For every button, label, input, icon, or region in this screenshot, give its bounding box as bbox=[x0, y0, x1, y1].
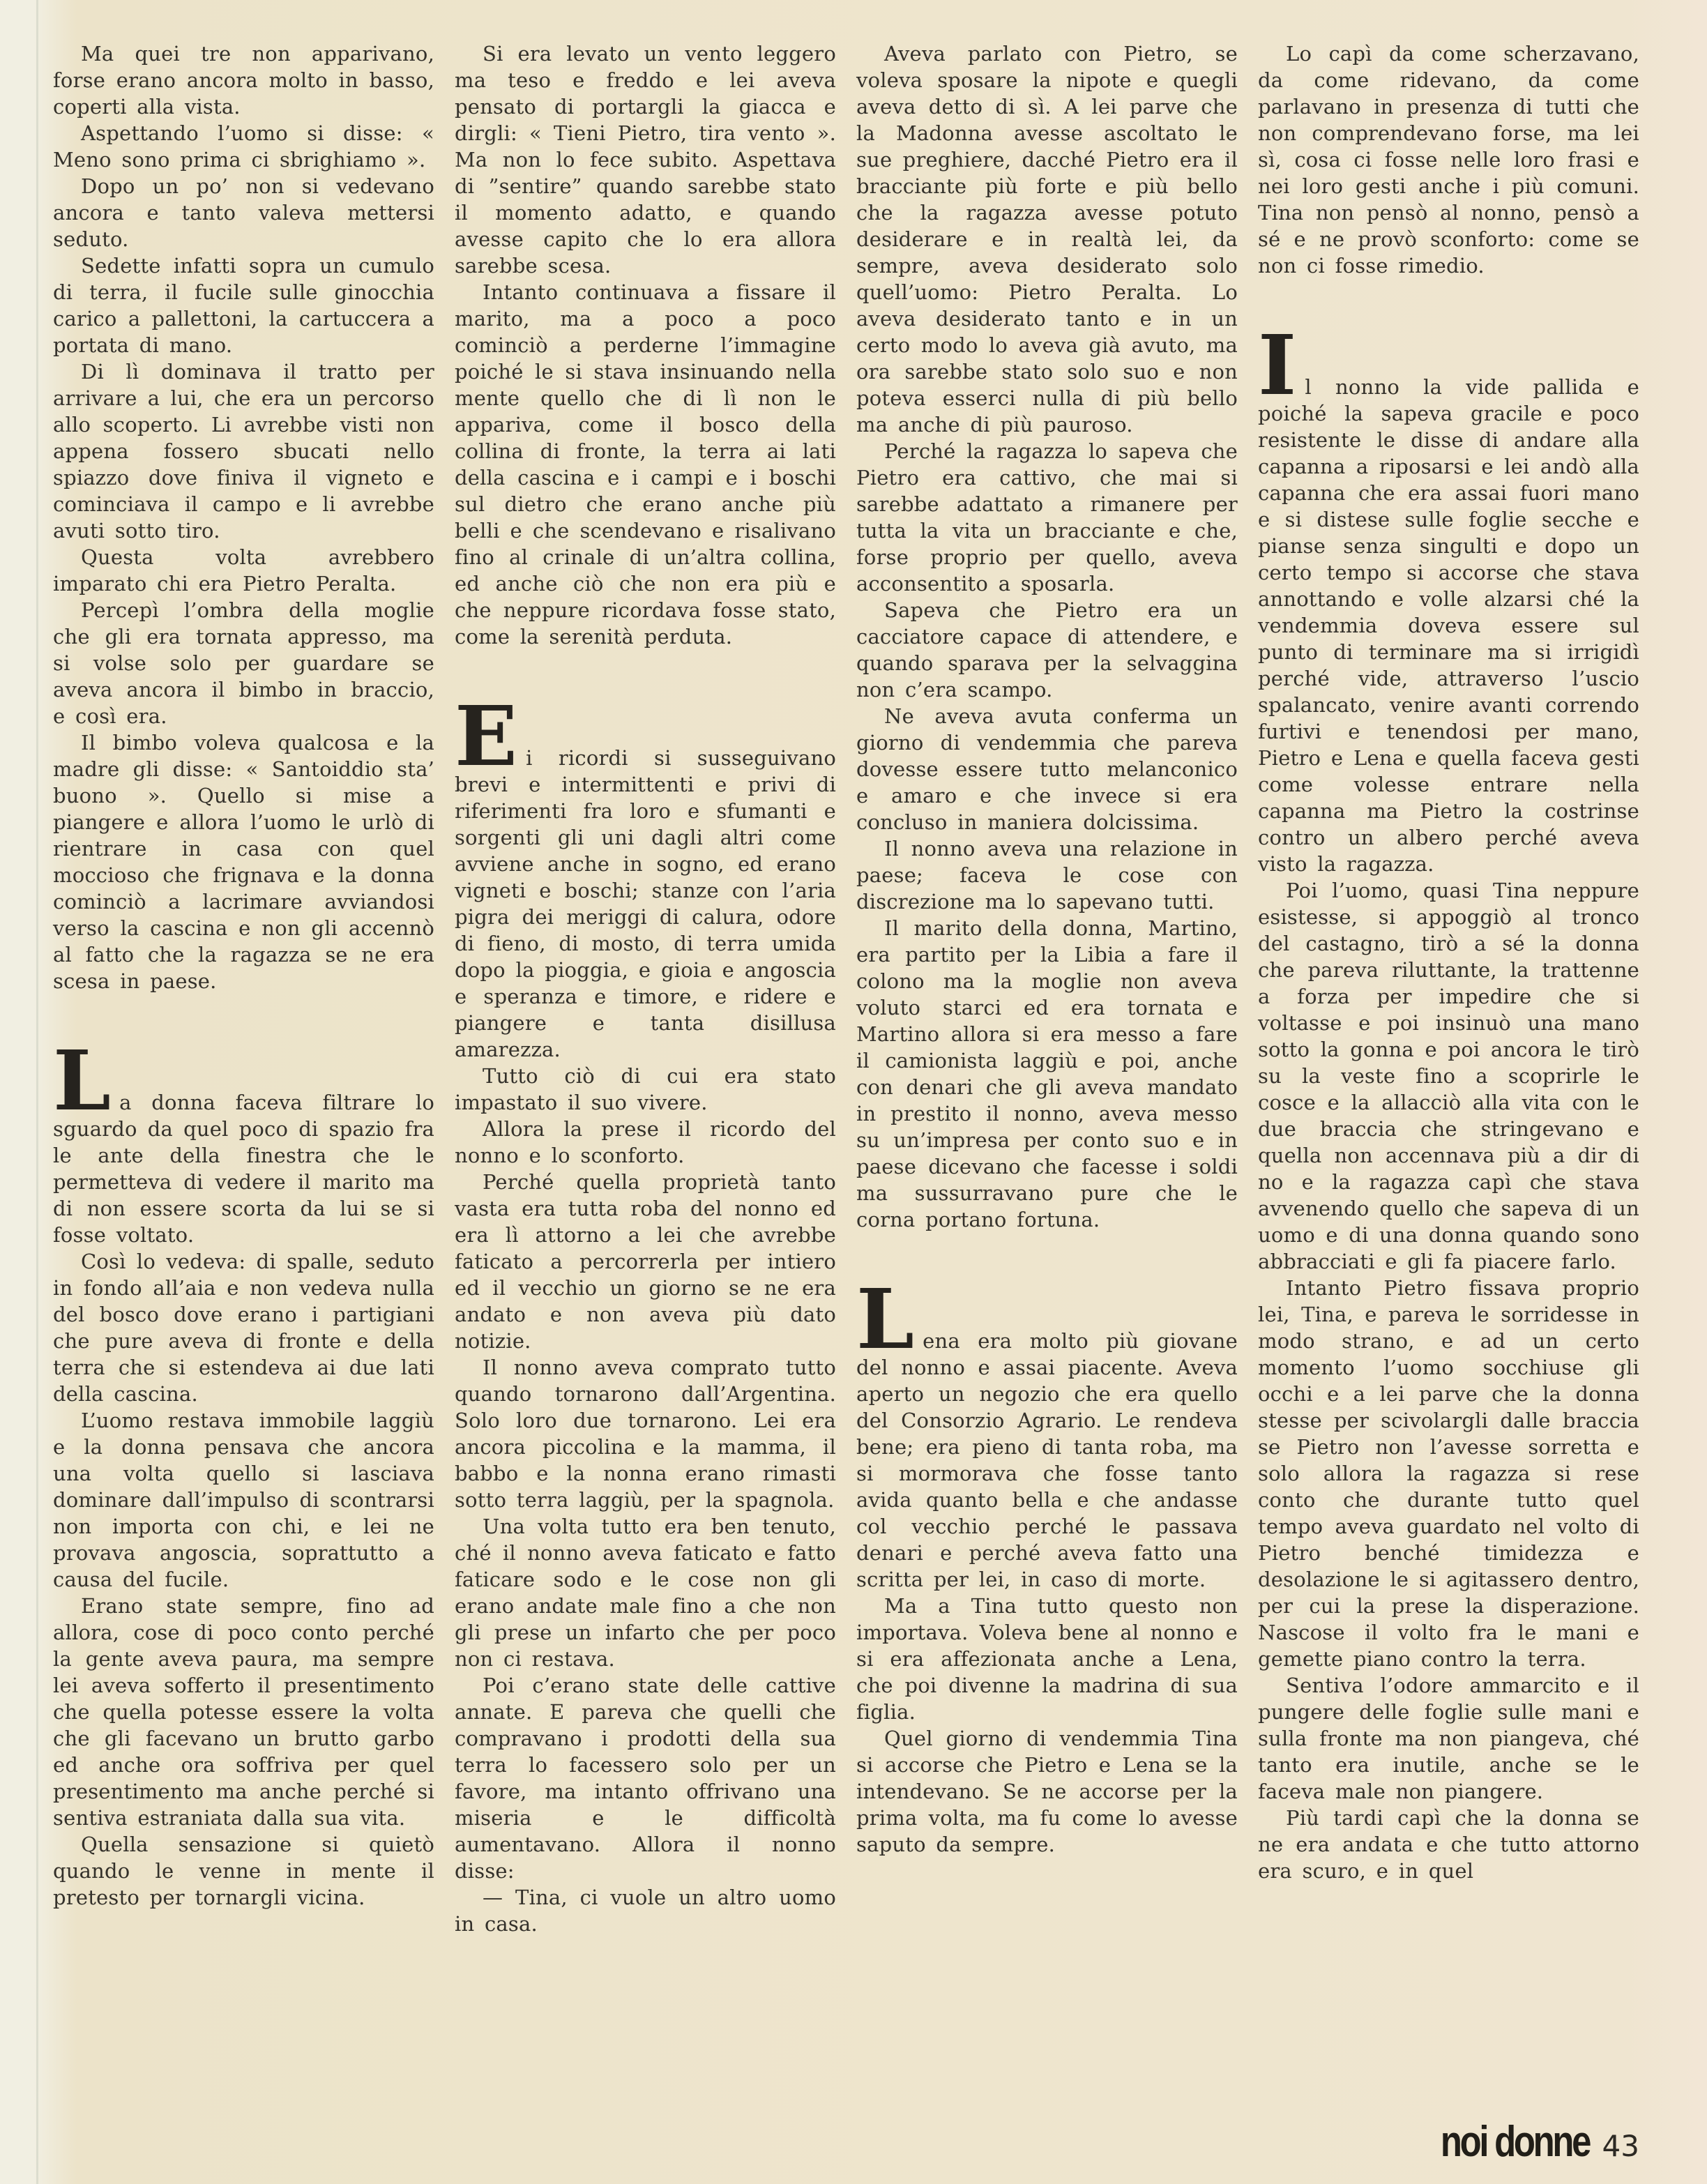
magazine-page: Ma quei tre non apparivano, forse erano … bbox=[0, 0, 1707, 2184]
initial-cap-letter: I bbox=[1258, 352, 1296, 379]
page-number: 43 bbox=[1602, 2129, 1639, 2163]
initial-cap-section: Lena era molto più giovane del nonno e a… bbox=[856, 1328, 1238, 1858]
paragraph: Sapeva che Pietro era un cacciatore capa… bbox=[856, 597, 1238, 703]
initial-cap-letter: L bbox=[856, 1306, 914, 1333]
paragraph: Perché la ragazza lo sapeva che Pietro e… bbox=[856, 438, 1238, 597]
text-section: Ma quei tre non apparivano, forse erano … bbox=[53, 40, 434, 994]
paragraph: Percepì l’ombra della moglie che gli era… bbox=[53, 597, 434, 729]
paragraph: Aveva parlato con Pietro, se voleva spos… bbox=[856, 40, 1238, 438]
paragraph: Intanto Pietro fissava proprio lei, Tina… bbox=[1258, 1275, 1639, 1672]
paragraph: Allora la prese il ricordo del nonno e l… bbox=[455, 1116, 836, 1169]
paragraph: Perché quella proprietà tanto vasta era … bbox=[455, 1169, 836, 1354]
paragraph: Quella sensazione si quietò quando le ve… bbox=[53, 1831, 434, 1911]
paragraph: Il nonno aveva comprato tutto quando tor… bbox=[455, 1354, 836, 1513]
text-column: Ma quei tre non apparivano, forse erano … bbox=[53, 0, 434, 1911]
paragraph: Il marito della donna, Martino, era part… bbox=[856, 915, 1238, 1233]
paragraph: Poi c’erano state delle cattive annate. … bbox=[455, 1672, 836, 1884]
paragraph: Lo capì da come scherzavano, da come rid… bbox=[1258, 40, 1639, 279]
paragraph: Il nonno la vide pallida e poiché la sap… bbox=[1258, 374, 1639, 877]
initial-cap-letter: E bbox=[455, 723, 517, 750]
initial-cap-letter: L bbox=[53, 1068, 111, 1094]
initial-cap-section: Il nonno la vide pallida e poiché la sap… bbox=[1258, 374, 1639, 1884]
paragraph: Questa volta avrebbero imparato chi era … bbox=[53, 544, 434, 597]
paragraph: Sentiva l’odore ammarcito e il pungere d… bbox=[1258, 1672, 1639, 1805]
paragraph: Si era levato un vento leggero ma teso e… bbox=[455, 40, 836, 279]
paragraph: La donna faceva filtrare lo sguardo da q… bbox=[53, 1089, 434, 1248]
paragraph: Quel giorno di vendemmia Tina si accorse… bbox=[856, 1725, 1238, 1858]
paragraph: Il nonno aveva una relazione in paese; f… bbox=[856, 835, 1238, 915]
magazine-logo: noi donne bbox=[1441, 2117, 1589, 2167]
paragraph: L’uomo restava immobile laggiù e la donn… bbox=[53, 1407, 434, 1593]
text-column: Si era levato un vento leggero ma teso e… bbox=[455, 0, 836, 1937]
initial-cap-section: La donna faceva filtrare lo sguardo da q… bbox=[53, 1089, 434, 1911]
page-footer: noi donne43 bbox=[1258, 2117, 1639, 2167]
paragraph: Aspettando l’uomo si disse: « Meno sono … bbox=[53, 120, 434, 173]
text-section: Aveva parlato con Pietro, se voleva spos… bbox=[856, 40, 1238, 1233]
paragraph: — Tina, ci vuole un altro uomo in casa. bbox=[455, 1884, 836, 1937]
paragraph: Più tardi capì che la donna se ne era an… bbox=[1258, 1805, 1639, 1884]
paragraph: Così lo vedeva: di spalle, seduto in fon… bbox=[53, 1248, 434, 1407]
paragraph: Ma a Tina tutto questo non importava. Vo… bbox=[856, 1593, 1238, 1725]
text-column: Aveva parlato con Pietro, se voleva spos… bbox=[856, 0, 1238, 1858]
initial-cap-section: Ei ricordi si susseguivano brevi e inter… bbox=[455, 745, 836, 1937]
text-column: Lo capì da come scherzavano, da come rid… bbox=[1258, 0, 1639, 1884]
paragraph: Il bimbo voleva qualcosa e la madre gli … bbox=[53, 729, 434, 994]
text-section: Si era levato un vento leggero ma teso e… bbox=[455, 40, 836, 650]
paragraph: Erano state sempre, fino ad allora, cose… bbox=[53, 1593, 434, 1831]
paragraph: Poi l’uomo, quasi Tina neppure esistesse… bbox=[1258, 877, 1639, 1275]
paragraph: Ne aveva avuta conferma un giorno di ven… bbox=[856, 703, 1238, 835]
paragraph: Intanto continuava a fissare il marito, … bbox=[455, 279, 836, 650]
paragraph: Ei ricordi si susseguivano brevi e inter… bbox=[455, 745, 836, 1063]
paragraph: Una volta tutto era ben tenuto, ché il n… bbox=[455, 1513, 836, 1672]
paragraph: Sedette infatti sopra un cumulo di terra… bbox=[53, 252, 434, 358]
paragraph: Dopo un po’ non si vedevano ancora e tan… bbox=[53, 173, 434, 252]
text-section: Lo capì da come scherzavano, da come rid… bbox=[1258, 40, 1639, 279]
paragraph: Di lì dominava il tratto per arrivare a … bbox=[53, 358, 434, 544]
paragraph: Lena era molto più giovane del nonno e a… bbox=[856, 1328, 1238, 1593]
paragraph: Tutto ciò di cui era stato impastato il … bbox=[455, 1063, 836, 1116]
paragraph: Ma quei tre non apparivano, forse erano … bbox=[53, 40, 434, 120]
